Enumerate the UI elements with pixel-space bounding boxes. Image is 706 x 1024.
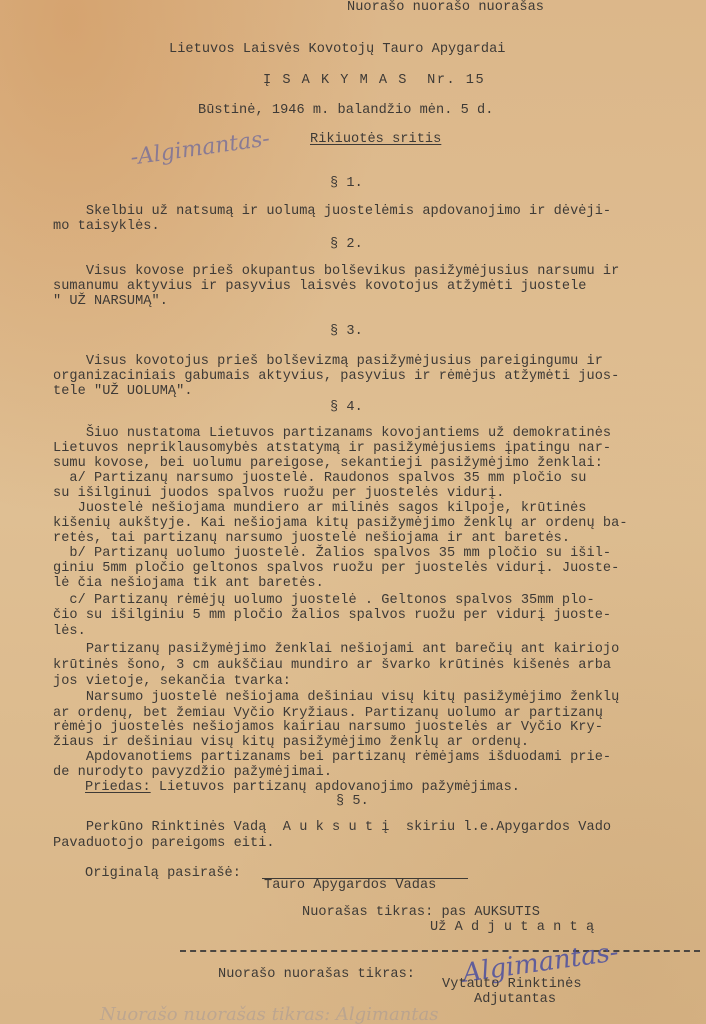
section-4-line: žiaus ir dešiniau visų kitų pasižymėjimo… — [53, 735, 529, 750]
section-4-line: lės. — [53, 624, 86, 639]
section-4-line: rėmėjo juostelės nešiojamos kairiau nars… — [53, 720, 603, 735]
section-4-line: su išilginui juodos spalvos ruožu per ju… — [53, 486, 504, 501]
section-4-line: krūtinės šono, 3 cm aukščiau mundiro ar … — [53, 658, 611, 673]
section-mark-5: § 5. — [336, 794, 369, 809]
handwritten-signature-top: -Algimantas- — [129, 126, 271, 170]
attachment-line: Priedas: Lietuvos partizanų apdovanojimo… — [85, 780, 520, 795]
copy-header: Nuorašo nuorašo nuorašas — [347, 0, 544, 15]
faded-handwritten-note: Nuorašo nuorašas tikras: Algimantas — [100, 1004, 438, 1024]
adjutant-title: Adjutantas — [474, 992, 556, 1007]
section-area: Rikiuotės sritis — [310, 132, 441, 147]
section-4-line: ar ordenų, bet žemiau Vyčio Kryžiaus. Pa… — [53, 706, 603, 721]
section-1-line: mo taisyklės. — [53, 219, 160, 234]
section-4-line: kišenių aukštyje. Kai nešiojama kitų pas… — [53, 516, 628, 531]
section-4-line: čio su išilginiu 5 mm pločio žalios spal… — [53, 608, 611, 623]
place-date: Būstinė, 1946 m. balandžio mėn. 5 d. — [198, 103, 493, 118]
order-title: Į S A K Y M A S Nr. 15 — [263, 73, 485, 88]
adjutant-unit: Vytauto Rinktinės — [442, 977, 582, 992]
attachment-label: Priedas: — [85, 780, 151, 795]
copy-true-note: Nuorašas tikras: pas AUKSUTIS — [302, 905, 540, 920]
section-4-line: giniu 5mm pločio geltonos spalvos ruožu … — [53, 561, 619, 576]
section-mark-1: § 1. — [330, 176, 363, 191]
section-5-line: Perkūno Rinktinės Vadą A u k s u t į ski… — [53, 820, 611, 835]
section-4-item-a: a/ Partizanų narsumo juostelė. Raudonos … — [53, 471, 587, 486]
section-2-line: " UŽ NARSUMĄ". — [53, 294, 168, 309]
section-4-line: Šiuo nustatoma Lietuvos partizanams kovo… — [53, 426, 611, 441]
section-4-line: de nurodyto pavyzdžio pažymėjimai. — [53, 765, 332, 780]
section-mark-4: § 4. — [330, 400, 363, 415]
section-5-line: Pavaduotojo pareigoms eiti. — [53, 836, 275, 851]
section-3-line: organizaciniais gabumais aktyvius, pasyv… — [53, 369, 619, 384]
attachment-text: Lietuvos partizanų apdovanojimo pažymėji… — [151, 780, 520, 795]
section-4-line: Apdovanotiems partizanams bei partizanų … — [53, 750, 611, 765]
section-4-line: Lietuvos nepriklausomybės atstatymą ir p… — [53, 441, 611, 456]
addressee: Lietuvos Laisvės Kovotojų Tauro Apygarda… — [169, 42, 506, 57]
section-4-line: lė čia nešiojama tik ant baretės. — [53, 576, 324, 591]
section-mark-3: § 3. — [330, 324, 363, 339]
section-2-line: Visus kovose prieš okupantus bolševikus … — [53, 264, 619, 279]
copy-of-copy-true: Nuorašo nuorašas tikras: — [218, 967, 415, 982]
section-4-line: jos vietoje, sekančia tvarka: — [53, 674, 291, 689]
signer-title: Tauro Apygardos Vadas — [264, 878, 436, 893]
for-adjutant: Už A d j u t a n t ą — [430, 920, 594, 935]
section-4-line: Narsumo juostelė nešiojama dešiniau visų… — [53, 690, 619, 705]
document-page: Nuorašo nuorašo nuorašas Lietuvos Laisvė… — [0, 0, 706, 1024]
section-3-line: Visus kovotojus prieš bolševizmą pasižym… — [53, 354, 603, 369]
section-4-line: Juostelė nešiojama mundiero ar milinės s… — [53, 501, 587, 516]
section-3-line: tele "UŽ UOLUMĄ". — [53, 384, 193, 399]
section-4-item-b: b/ Partizanų uolumo juostelė. Žalios spa… — [53, 546, 611, 561]
section-4-line: retės, tai partizanų narsumo juostelė ne… — [53, 531, 570, 546]
dashed-separator — [180, 950, 700, 952]
section-4-item-c: c/ Partizanų rėmėjų uolumo juostelė . Ge… — [53, 593, 595, 608]
section-4-line: sumu kovose, bei uolumu pareigose, sekan… — [53, 456, 603, 471]
section-4-line: Partizanų pasižymėjimo ženklai nešiojami… — [53, 642, 619, 657]
section-mark-2: § 2. — [330, 237, 363, 252]
section-1-line: Skelbiu už natsumą ir uolumą juostelėmis… — [53, 204, 611, 219]
section-2-line: sumanumu aktyvius ir pasyvius laisvės ko… — [53, 279, 587, 294]
original-signed-label: Originalą pasirašė: — [85, 866, 241, 881]
